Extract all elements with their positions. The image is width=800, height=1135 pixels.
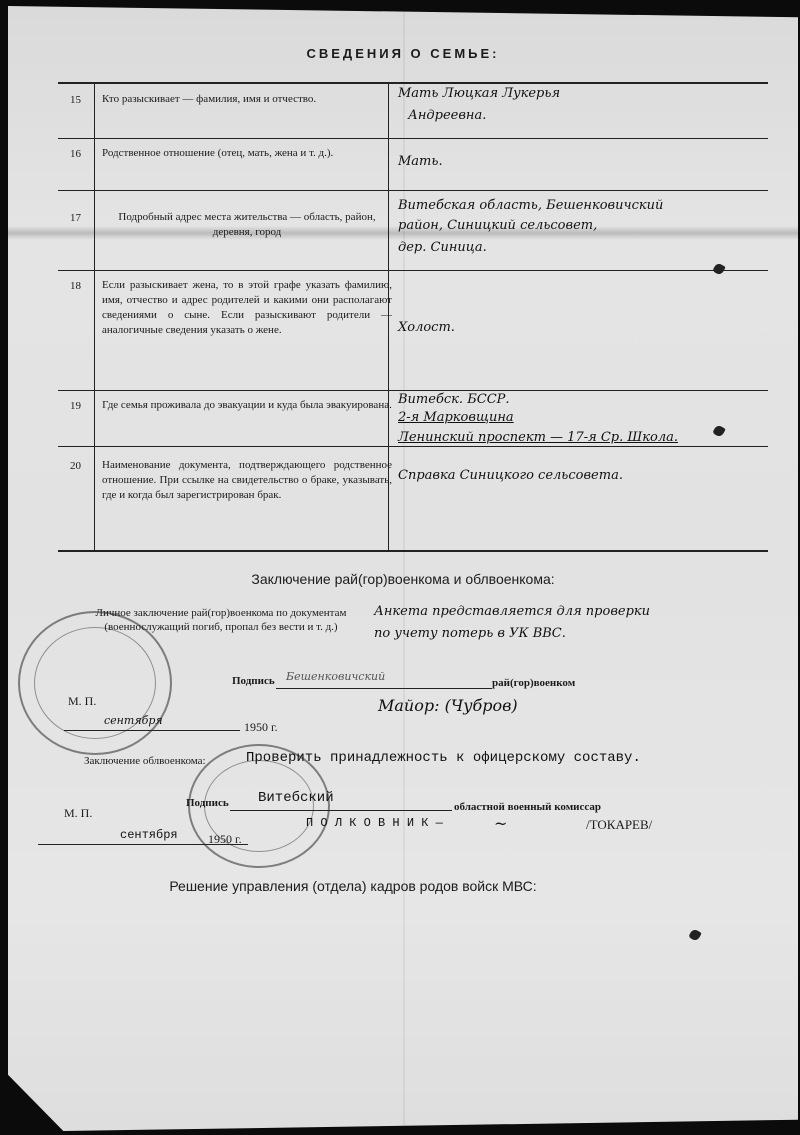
row-answer-line: Андреевна.	[408, 106, 800, 126]
signature2-name: /ТОКАРЕВ/	[586, 818, 652, 832]
signature2-role: областной военный комиссар	[454, 800, 601, 814]
signature2-rank: П О Л К О В Н И К —	[306, 816, 443, 830]
raion-conclusion-label: Личное заключение рай(гор)военкома по до…	[86, 606, 356, 634]
raion-conclusion-text: Анкета представляется для проверки	[374, 604, 650, 619]
fold-line	[403, 6, 405, 1131]
paper-damage	[688, 928, 702, 942]
oblast-conclusion-text: Проверить принадлежность к офицерскому с…	[246, 750, 641, 766]
signature2-region: Витебский	[258, 790, 334, 806]
signature-district: Бешенковичский	[286, 670, 385, 683]
document-page: СВЕДЕНИЯ О СЕМЬЕ: 15 Кто разыскивает — ф…	[8, 6, 798, 1131]
mp-label: М. П.	[68, 694, 96, 708]
mp2-label: М. П.	[64, 806, 92, 820]
signature-label: Подпись	[232, 674, 275, 688]
row-answer-line: Ленинский проспект — 17-я Ср. Школа.	[398, 428, 798, 448]
signature-role: рай(гор)военком	[492, 676, 575, 690]
row-answer-line: Холост.	[398, 318, 798, 338]
row-answer-line: Справка Синицкого сельсовета.	[398, 466, 798, 486]
row-question: Если разыскивает жена, то в этой графе у…	[102, 278, 392, 338]
row-answer-line: Витебск. БССР.	[398, 390, 798, 410]
date2-month: сентября	[120, 828, 178, 842]
row-answer-line: Мать Люцкая Лукерья	[398, 84, 798, 104]
row-answer-line: Мать.	[398, 152, 798, 172]
section-title: СВЕДЕНИЯ О СЕМЬЕ:	[8, 46, 798, 61]
signature2-label: Подпись	[186, 796, 229, 810]
row-answer-line: Витебская область, Бешенковичский	[398, 196, 798, 216]
row-question: Наименование документа, подтверждающего …	[102, 458, 392, 503]
conclusion-heading: Заключение рай(гор)военкома и облвоенком…	[8, 571, 798, 587]
row-question: Подробный адрес места жительства — облас…	[102, 210, 392, 240]
row-answer-line: район, Синицкий сельсовет,	[398, 216, 798, 236]
row-question: Где семья проживала до эвакуации и куда …	[102, 398, 392, 413]
date2-year: 1950 г.	[208, 832, 242, 846]
paper-damage	[712, 262, 726, 276]
raion-conclusion-text: по учету потерь в УК ВВС.	[374, 626, 566, 641]
date-handwritten: сентября	[104, 714, 163, 727]
signature2-scrawl: ~	[494, 814, 507, 833]
row-question: Кто разыскивает — фамилия, имя и отчеств…	[102, 92, 392, 107]
row-answer-line: 2-я Марковщина	[398, 408, 798, 428]
decision-heading: Решение управления (отдела) кадров родов…	[0, 878, 748, 894]
oblast-conclusion-label: Заключение облвоенкома:	[84, 754, 206, 768]
row-answer-line: дер. Синица.	[398, 238, 798, 258]
row-question: Родственное отношение (отец, мать, жена …	[102, 146, 392, 161]
signature-rank-name: Майор: (Чубров)	[378, 696, 518, 715]
year-label: 1950 г.	[244, 720, 278, 734]
